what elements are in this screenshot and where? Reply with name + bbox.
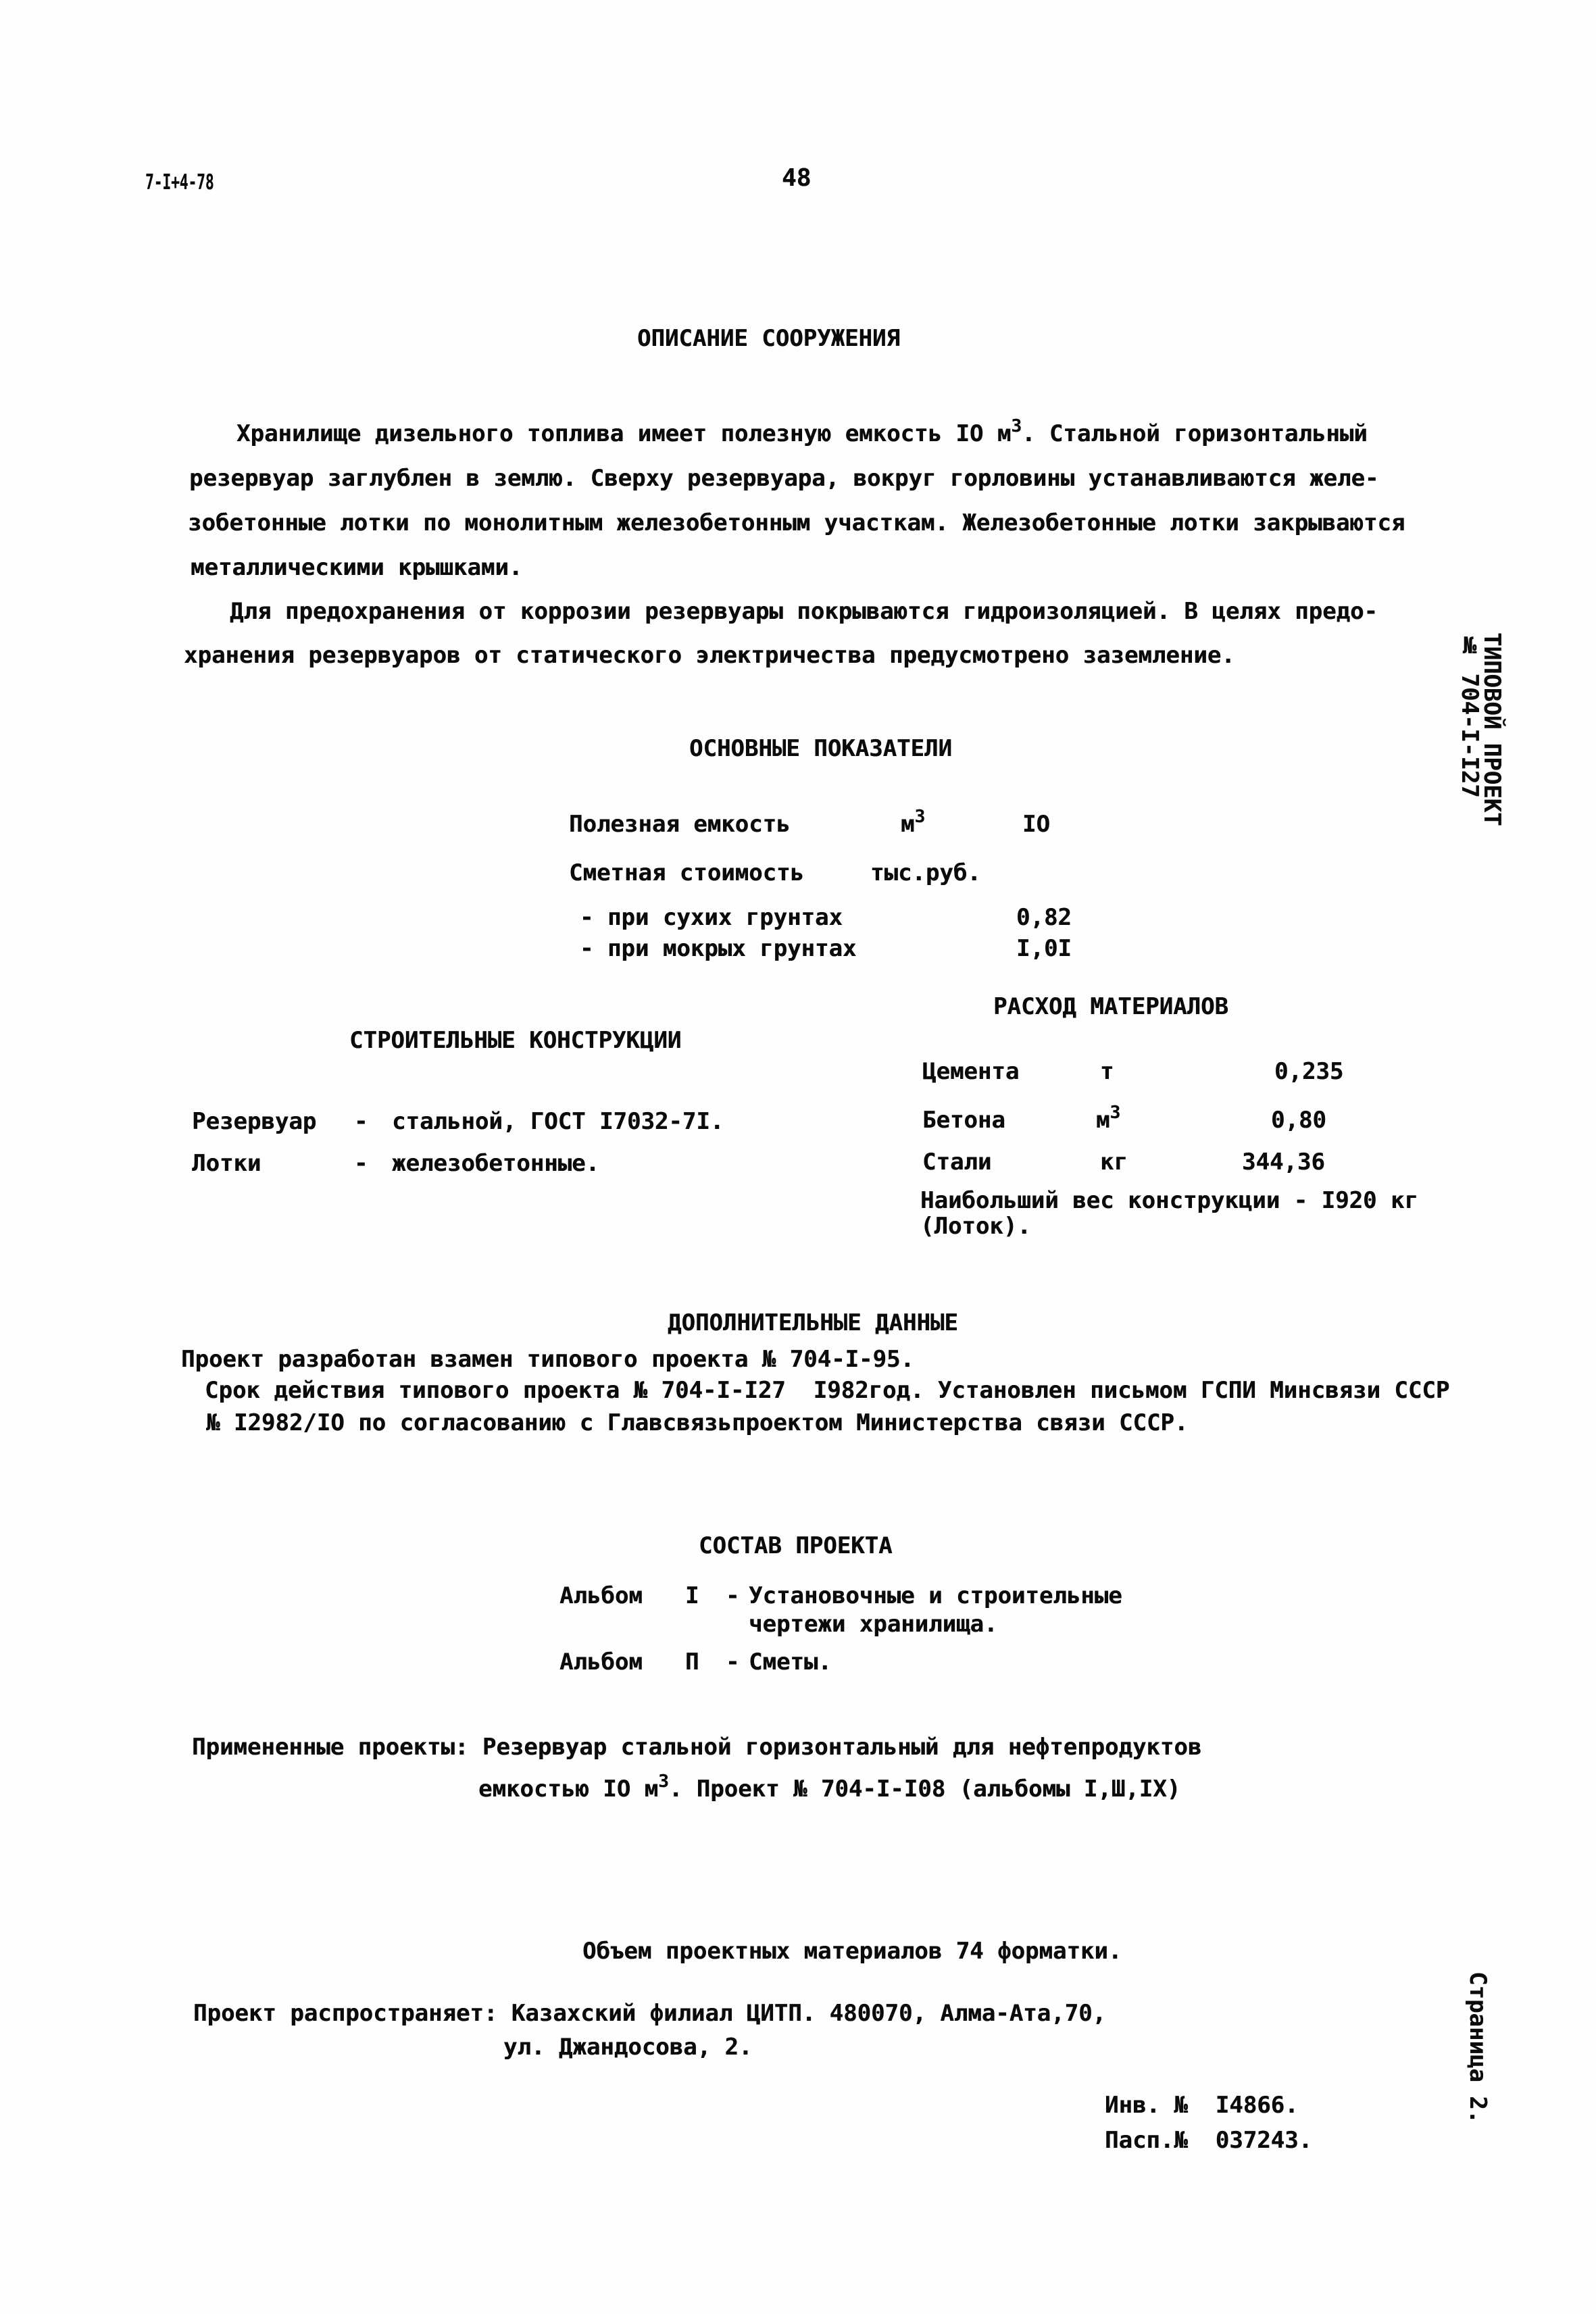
construction-trays-name: Лотки: [192, 1150, 261, 1177]
indicator-capacity-unit: м3: [901, 811, 925, 840]
construction-tank-dash: -: [354, 1108, 368, 1135]
album1-desc-line2: чертежи хранилища.: [749, 1611, 997, 1638]
material-cement-value: 0,235: [1274, 1058, 1343, 1085]
section-title-composition: СОСТАВ ПРОЕКТА: [699, 1532, 893, 1559]
indicator-capacity-value: IO: [1022, 811, 1050, 838]
indicator-cost-label: Сметная стоимость: [569, 859, 804, 886]
paragraph1-line4: металлическими крышками.: [191, 554, 522, 581]
doc-code: 7-I+4-78: [145, 169, 214, 196]
sidebar-project-line2: № 704-I-I27: [1456, 632, 1483, 798]
construction-tank-name: Резервуар: [192, 1108, 316, 1135]
album2-label: Альбом: [559, 1649, 643, 1676]
applied-line2-a: емкостью IO м: [478, 1776, 658, 1803]
cubic-meter-superscript: 3: [1109, 1103, 1120, 1123]
album1-dash: -: [726, 1582, 739, 1609]
indicator-wet-soil-value: I,0I: [1016, 935, 1072, 962]
volume-line: Объем проектных материалов 74 форматки.: [582, 1938, 1122, 1965]
paragraph2-line2: хранения резервуаров от статического эле…: [184, 642, 1235, 669]
applied-projects-line2: емкостью IO м3. Проект № 704-I-I08 (альб…: [478, 1776, 1180, 1805]
indicator-cost-unit: тыс.руб.: [870, 859, 981, 886]
page-number: 48: [782, 165, 811, 192]
indicator-capacity-label: Полезная емкость: [569, 811, 791, 838]
material-steel-unit: кг: [1100, 1149, 1128, 1176]
album1-desc-line1: Установочные и строительные: [749, 1582, 1122, 1609]
material-steel-value: 344,36: [1242, 1149, 1325, 1176]
sidebar-project-label: ТИПОВОЙ ПРОЕКТ № 704-I-I27: [1458, 632, 1503, 826]
cubic-meter-superscript: 3: [658, 1771, 669, 1792]
unit-base: м: [901, 811, 914, 838]
construction-trays-desc: железобетонные.: [392, 1150, 599, 1177]
additional-line2: Срок действия типового проекта № 704-I-I…: [205, 1377, 1449, 1404]
album1-label: Альбом: [559, 1582, 643, 1609]
album2-dash: -: [726, 1649, 739, 1676]
section-title-indicators: ОСНОВНЫЕ ПОКАЗАТЕЛИ: [689, 735, 952, 762]
paragraph1-line1-b: . Стальной горизонтальный: [1022, 420, 1368, 447]
sidebar-page-label: Страница 2.: [1466, 1971, 1489, 2123]
paragraph2-line1: Для предохранения от коррозии резервуары…: [230, 598, 1378, 625]
section-title-materials: РАСХОД МАТЕРИАЛОВ: [993, 993, 1228, 1020]
indicator-dry-soil-label: - при сухих грунтах: [580, 904, 843, 931]
paragraph1-line1: Хранилище дизельного топлива имеет полез…: [236, 420, 1368, 449]
applied-line2-b: . Проект № 704-I-I08 (альбомы I,Ш,IX): [669, 1776, 1180, 1803]
section-title-constructions: СТРОИТЕЛЬНЫЕ КОНСТРУКЦИИ: [349, 1027, 681, 1054]
unit-base: м: [1096, 1107, 1109, 1134]
material-concrete-name: Бетона: [922, 1107, 1005, 1134]
distribution-line1: Проект распространяет: Казахский филиал …: [193, 2000, 1106, 2027]
paragraph1-line1-a: Хранилище дизельного топлива имеет полез…: [236, 420, 1011, 447]
inventory-number: Инв. № I4866.: [1105, 2092, 1299, 2119]
construction-trays-dash: -: [354, 1150, 368, 1177]
material-cement-unit: т: [1100, 1058, 1114, 1085]
album2-numeral: П: [685, 1649, 699, 1676]
paragraph1-line2: резервуар заглублен в землю. Сверху резе…: [189, 465, 1378, 492]
album1-numeral: I: [685, 1582, 699, 1609]
passport-number: Пасп.№ 037243.: [1105, 2127, 1312, 2154]
cubic-meter-superscript: 3: [914, 807, 925, 827]
cubic-meter-superscript: 3: [1011, 416, 1022, 436]
material-concrete-unit: м3: [1096, 1107, 1120, 1136]
album2-desc: Сметы.: [749, 1649, 832, 1676]
material-concrete-value: 0,80: [1271, 1107, 1326, 1134]
applied-projects-line1: Примененные проекты: Резервуар стальной …: [192, 1734, 1201, 1761]
indicator-dry-soil-value: 0,82: [1016, 904, 1072, 931]
section-title-description: ОПИСАНИЕ СООРУЖЕНИЯ: [637, 325, 900, 352]
document-page: 7-I+4-78 48 ТИПОВОЙ ПРОЕКТ № 704-I-I27 С…: [0, 0, 1596, 2314]
section-title-additional: ДОПОЛНИТЕЛЬНЫЕ ДАННЫЕ: [668, 1309, 958, 1336]
additional-line3: № I2982/IO по согласованию с Главсвязьпр…: [206, 1409, 1188, 1436]
additional-line1: Проект разработан взамен типового проект…: [181, 1346, 914, 1373]
material-cement-name: Цемента: [922, 1058, 1019, 1085]
indicator-wet-soil-label: - при мокрых грунтах: [580, 935, 856, 962]
material-steel-name: Стали: [922, 1149, 991, 1176]
distribution-line2: ул. Джандосова, 2.: [503, 2034, 752, 2061]
construction-tank-desc: стальной, ГОСТ I7032-7I.: [392, 1108, 724, 1135]
materials-note-line1: Наибольший вес конструкции - I920 кг: [920, 1187, 1418, 1214]
paragraph1-line3: зобетонные лотки по монолитным железобет…: [188, 509, 1405, 536]
materials-note-line2: (Лоток).: [920, 1213, 1031, 1240]
